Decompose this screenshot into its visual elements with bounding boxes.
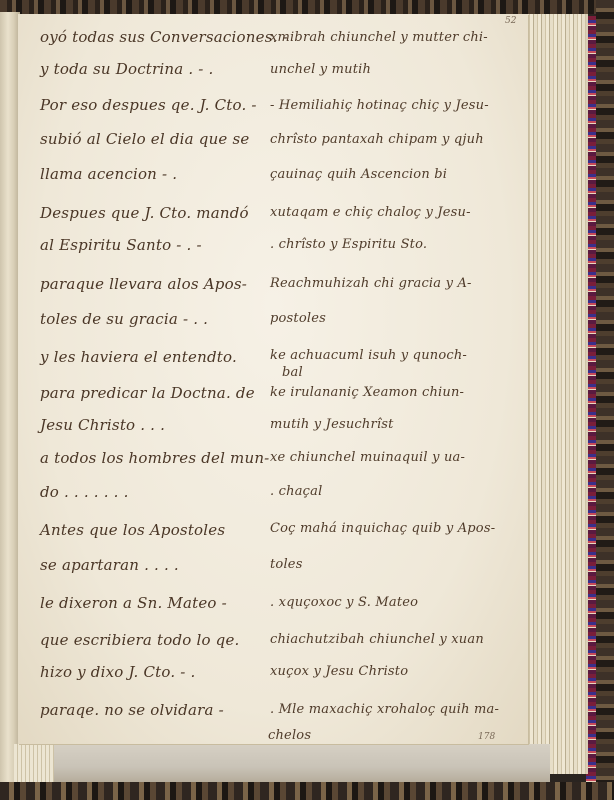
spanish-line: y toda su Doctrina . - . <box>40 60 214 78</box>
book-cover-top <box>0 0 614 14</box>
kiche-line: unchel y mutih <box>270 62 371 77</box>
kiche-line: xmibrah chiunchel y mutter chi- <box>270 30 488 45</box>
kiche-line: çauinaç quih Ascencion bi <box>270 167 447 182</box>
kiche-line: . chaçal <box>270 484 322 499</box>
underlying-pages-bottom <box>50 744 550 782</box>
kiche-line: . xquçoxoc y S. Mateo <box>270 595 418 610</box>
spanish-line: toles de su gracia - . . <box>40 310 208 328</box>
spanish-line: para predicar la Doctna. de <box>40 384 255 402</box>
spanish-line: le dixeron a Sn. Mateo - <box>40 594 227 612</box>
spanish-line: Jesu Christo . . . <box>40 416 165 434</box>
page-block-edges <box>526 14 588 774</box>
spanish-line: Por eso despues qe. J. Cto. - <box>40 96 257 114</box>
folio-number-top: 52 <box>505 16 516 26</box>
spanish-line: se apartaran . . . . <box>40 556 179 574</box>
kiche-line: Reachmuhizah chi gracia y A- <box>270 276 472 291</box>
kiche-line: postoles <box>270 311 326 326</box>
spanish-line: paraque llevara alos Apos- <box>40 275 247 293</box>
underlying-pages-bottom-left <box>14 744 54 782</box>
kiche-line: xe chiunchel muinaquil y ua- <box>270 450 465 465</box>
spanish-line: al Espiritu Santo - . - <box>40 236 202 254</box>
kiche-line: xutaqam e chiç chaloç y Jesu- <box>270 205 471 220</box>
spanish-line: Antes que los Apostoles <box>40 521 225 539</box>
kiche-line: xuçox y Jesu Christo <box>270 664 408 679</box>
spanish-line: oyó todas sus Conversaciones. - <box>40 28 288 46</box>
spanish-line: que escribiera todo lo qe. <box>40 631 240 649</box>
spanish-line: do . . . . . . . <box>40 483 129 501</box>
book-cover-right <box>596 0 614 800</box>
kiche-line: . Mle maxachiç xrohaloç quih ma- <box>270 702 499 717</box>
spanish-line: hizo y dixo J. Cto. - . <box>40 663 195 681</box>
kiche-line: chiachutzibah chiunchel y xuan <box>270 632 484 647</box>
spanish-line: llama acencion - . <box>40 165 177 183</box>
spanish-line: y les haviera el entendto. <box>40 348 237 366</box>
book-cover-bottom <box>0 782 614 800</box>
kiche-line: chelos <box>268 728 311 743</box>
spanish-line: subió al Cielo el dia que se <box>40 130 249 148</box>
kiche-line: ke irulananiç Xeamon chiun- <box>270 385 464 400</box>
spanish-line: a todos los hombres del mun- <box>40 449 269 467</box>
kiche-line: chrîsto pantaxah chipam y qjuh <box>270 132 484 147</box>
folio-number-bottom: 178 <box>478 732 495 742</box>
kiche-line: Coç mahá inquichaç quib y Apos- <box>270 521 495 536</box>
kiche-line: bal <box>282 365 303 380</box>
kiche-line: ke achuacuml isuh y qunoch- <box>270 348 467 363</box>
kiche-line: toles <box>270 557 303 572</box>
kiche-line: . chrîsto y Espiritu Sto. <box>270 237 427 252</box>
spanish-line: Despues que J. Cto. mandó <box>40 204 249 222</box>
spanish-line: paraqe. no se olvidara - <box>40 701 224 719</box>
kiche-line: mutih y Jesuchrîst <box>270 417 394 432</box>
binding-gutter <box>0 12 20 784</box>
kiche-line: - Hemiliahiç hotinaç chiç y Jesu- <box>270 98 489 113</box>
